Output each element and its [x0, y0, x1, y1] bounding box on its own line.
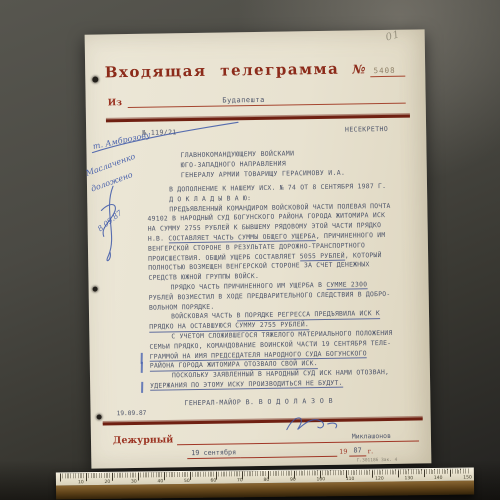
signature-date: 19.09.87	[117, 410, 147, 417]
ruler-number: 90	[290, 477, 296, 482]
from-city: Будапешта	[222, 96, 265, 105]
ruler-number: 80	[263, 477, 269, 482]
date-year-prefix: 19	[337, 448, 349, 457]
from-label: Из	[108, 98, 122, 108]
from-underline: Будапешта	[128, 92, 406, 108]
header-rule	[106, 115, 410, 122]
number-label: №	[352, 62, 365, 76]
handwritten-corner-number: 01	[385, 29, 402, 43]
handwritten-margin-note: т. Амброзову	[92, 130, 151, 151]
ruler-number: 150	[463, 475, 472, 480]
date-suffix: г.	[366, 447, 376, 456]
date-year: 87	[349, 446, 365, 456]
signature-rank: ГЕНЕРАЛ-МАЙОР В. В О Д О Л А З О В	[184, 397, 333, 407]
form-title: Входящая телеграмма	[105, 60, 340, 82]
print-reference: Г.301186 Зак. 4	[357, 458, 398, 464]
ruler-number: 120	[375, 476, 384, 481]
ruler-number: 20	[104, 479, 110, 484]
telegram-body: В ДОПОЛНЕНИЕ К НАШЕМУ ИСХ. № 74 ОТ 8 СЕН…	[147, 182, 414, 392]
from-row: Из Будапешта	[108, 92, 406, 109]
photo-of-telegram: { "colors": { "paper": "#eae4d3", "print…	[0, 0, 500, 500]
secrecy-stamp: НЕСЕКРЕТНО	[345, 125, 388, 134]
addressee-block: ГЛАВНОКОМАНДУЮЩЕМУ ВОЙСКАМИЮГО-ЗАПАДНОГО…	[180, 148, 345, 181]
hole-punch-dot	[93, 287, 98, 292]
ruler-number: 70	[237, 478, 243, 483]
ruler-number: 60	[210, 478, 216, 483]
date-gap-line	[240, 449, 337, 459]
reference-row: № 119/21 НЕСЕКРЕТНО	[142, 125, 388, 137]
duty-underline: Миклашонов	[177, 427, 419, 445]
footer-rule	[103, 417, 423, 425]
ruler-number: 130	[404, 476, 413, 481]
ruler-number: 30	[131, 479, 137, 484]
telegram-sheet: 01 Входящая телеграмма № 5408 Из Будапеш…	[85, 29, 432, 468]
addressee-line: ГЕНЕРАЛУ АРМИИ ТОВАРИЩУ ГЕРАСИМОВУ И.А.	[181, 168, 345, 181]
ruler-number: 50	[184, 478, 190, 483]
wooden-ruler: 102030405060708090100110120130140150	[56, 467, 474, 499]
duty-officer-name: Миклашонов	[352, 432, 391, 441]
date-row: 19 сентября 19 87 г.	[187, 446, 375, 459]
ruler-number: 10	[78, 480, 84, 485]
duty-row: Дежурный Миклашонов	[113, 425, 419, 446]
form-header: Входящая телеграмма № 5408	[85, 57, 425, 81]
ruler-number: 140	[434, 475, 443, 480]
hole-punch-dot	[97, 414, 102, 419]
handwritten-margin-date: 8.09.87	[96, 208, 124, 233]
ruler-number: 40	[157, 479, 163, 484]
ruler-number: 110	[346, 476, 355, 481]
date-day-month: 19 сентября	[187, 448, 240, 459]
duty-label: Дежурный	[113, 434, 174, 446]
telegram-number: 5408	[371, 66, 406, 78]
ruler-number: 100	[316, 477, 325, 482]
